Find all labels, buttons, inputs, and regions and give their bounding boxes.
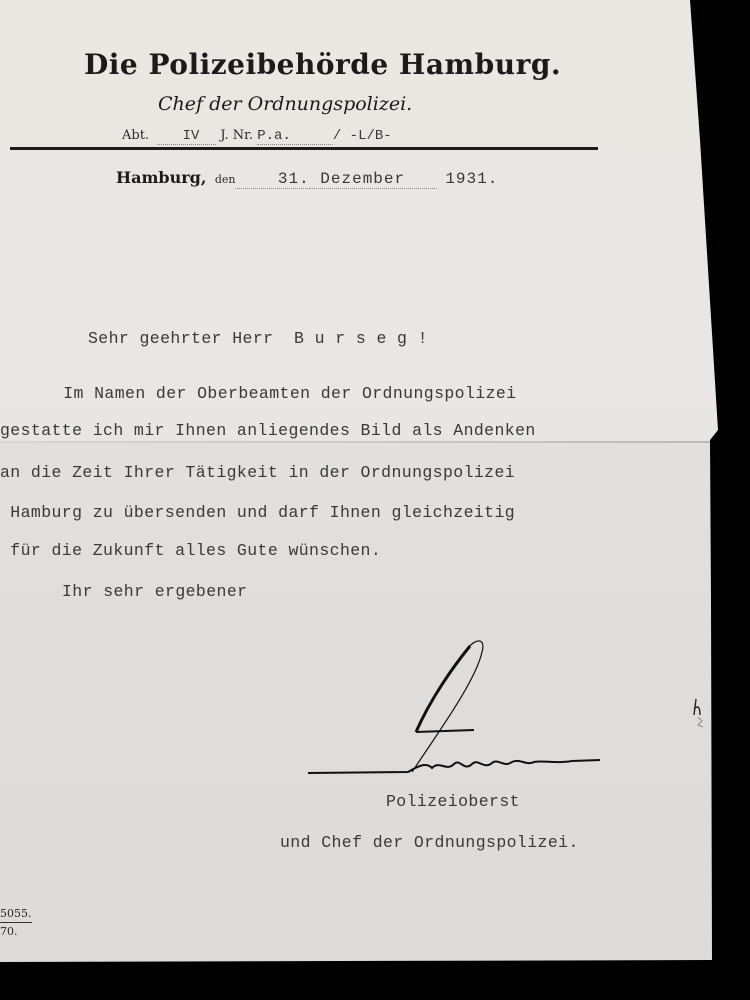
date-den: den bbox=[215, 173, 236, 186]
date-year: 1931. bbox=[445, 170, 498, 188]
journal-value: P.a. bbox=[257, 128, 333, 145]
date-month: Dezember bbox=[310, 170, 437, 189]
body-line-2: gestatte ich mir Ihnen anliegendes Bild … bbox=[0, 421, 536, 440]
body-line-3: an die Zeit Ihrer Tätigkeit in der Ordnu… bbox=[0, 463, 515, 482]
form-code-top: 5055. bbox=[0, 907, 32, 920]
signature-title: Polizeioberst bbox=[386, 792, 520, 811]
salutation: Sehr geehrter Herr B u r s e g ! bbox=[88, 329, 428, 348]
letterhead-rule bbox=[10, 147, 598, 150]
date-day: 31. bbox=[235, 170, 309, 189]
letter-paper: Die Polizeibehörde Hamburg. Chef der Ord… bbox=[0, 0, 750, 970]
date-place: Hamburg, bbox=[116, 168, 206, 187]
abt-value: IV bbox=[157, 128, 216, 145]
reference-line: Abt. IV J. Nr. P.a. / -L/B- bbox=[122, 128, 392, 145]
body-line-1: Im Namen der Oberbeamten der Ordnungspol… bbox=[22, 384, 516, 403]
abt-label: Abt. bbox=[122, 128, 149, 143]
body-line-4: Hamburg zu übersenden und darf Ihnen gle… bbox=[0, 503, 515, 522]
journal-label: J. Nr. bbox=[220, 128, 253, 143]
signature-office: und Chef der Ordnungspolizei. bbox=[280, 833, 579, 852]
date-line: Hamburg, den 31. Dezember 1931. bbox=[116, 168, 498, 189]
body-line-5: für die Zukunft alles Gute wünschen. bbox=[0, 541, 381, 560]
reference-suffix: / -L/B- bbox=[333, 128, 392, 144]
margin-pencil-note bbox=[690, 697, 710, 729]
form-code-bottom: 70. bbox=[0, 925, 18, 938]
handwritten-signature bbox=[300, 630, 620, 780]
closing: Ihr sehr ergebener bbox=[62, 582, 247, 601]
letterhead-title: Die Polizeibehörde Hamburg. bbox=[84, 48, 644, 81]
form-code-rule bbox=[0, 922, 32, 923]
paper-fold-line bbox=[0, 441, 720, 443]
letterhead-subtitle: Chef der Ordnungspolizei. bbox=[158, 93, 412, 115]
